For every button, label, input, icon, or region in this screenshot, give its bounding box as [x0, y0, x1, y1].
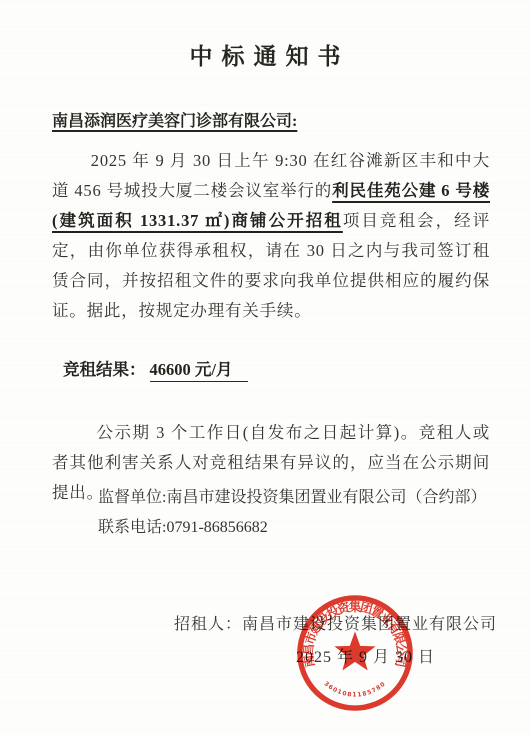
- recipient-company-name: 南昌添润医疗美容门诊部有限公司:: [52, 111, 297, 133]
- bid-result-line: 竞租结果：46600 元/月: [63, 359, 248, 382]
- body-paragraph: 2025 年 9 月 30 日上午 9:30 在红谷滩新区丰和中大道 456 号…: [52, 146, 490, 326]
- scanned-document-page: 中标通知书 南昌添润医疗美容门诊部有限公司: 2025 年 9 月 30 日上午…: [0, 0, 530, 734]
- seal-serial-number: 3601081185780: [323, 681, 388, 699]
- contact-phone-line: 联系电话:0791-86856682: [98, 517, 268, 539]
- seal-star-icon: [334, 631, 375, 670]
- bid-result-value: 46600 元/月: [150, 359, 249, 382]
- official-seal-graphic: 南昌市建设投资集团置业有限公司 3601081185780: [296, 594, 414, 712]
- svg-text:3601081185780: 3601081185780: [323, 681, 388, 699]
- bid-result-label: 竞租结果：: [63, 360, 146, 379]
- supervisor-unit-line: 监督单位:南昌市建设投资集团置业有限公司（合约部）: [98, 487, 486, 509]
- official-seal: 南昌市建设投资集团置业有限公司 3601081185780: [296, 594, 414, 712]
- document-title: 中标通知书: [0, 38, 530, 71]
